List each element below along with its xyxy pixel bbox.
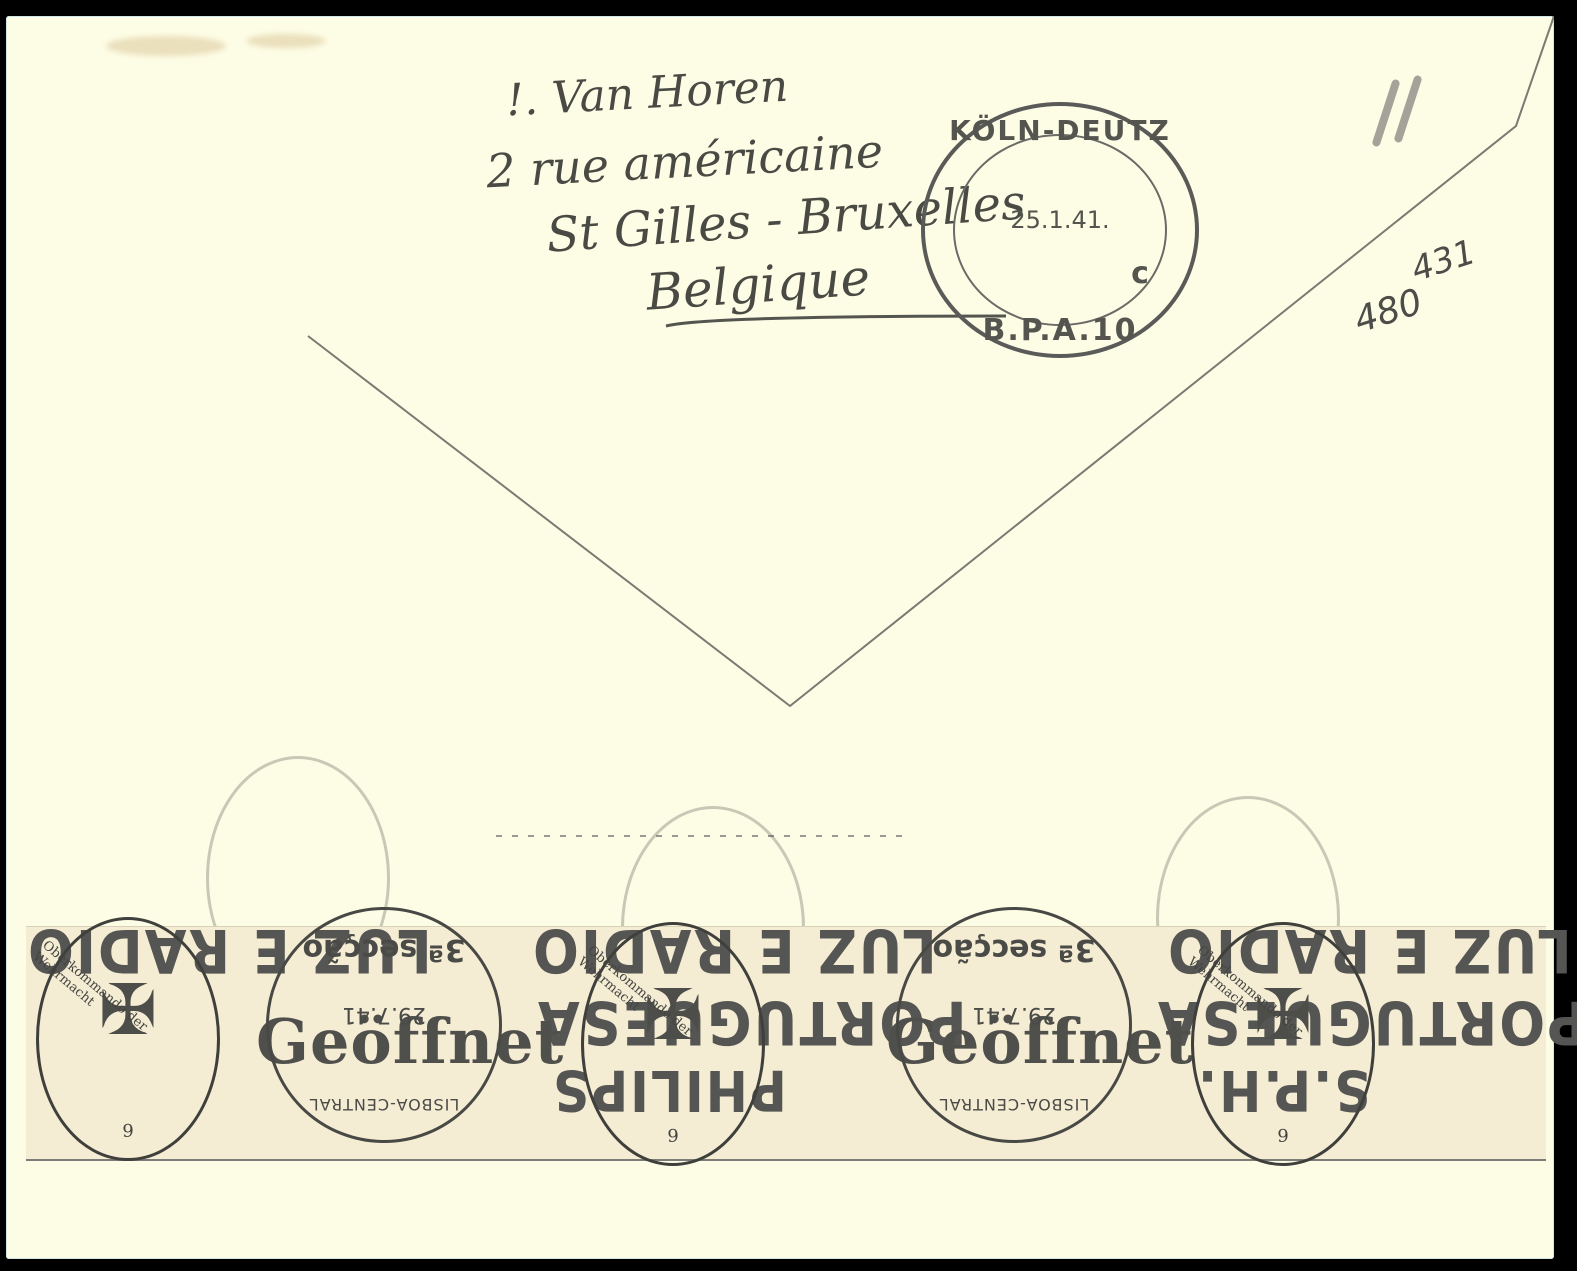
pencil-marks: [1378, 74, 1428, 154]
lisbon-postmark: 3ª secção 29.7.41 LISBOA-CENTRAL: [896, 907, 1132, 1143]
postmark-top-text: KÖLN-DEUTZ: [925, 114, 1195, 147]
censor-stamp: ✠ Oberkommando der Wehrmacht 6: [1191, 922, 1375, 1166]
censor-stamp: ✠ Oberkommando der Wehrmacht 6: [36, 917, 220, 1161]
postmark-bottom-text: B.P.A.10: [925, 313, 1195, 348]
censor-tape: LUZ E RADIO LUZ E RADIO PORTUGUESA PHILI…: [26, 926, 1546, 1161]
postmark-letter: c: [1005, 256, 1275, 291]
censor-stamp: ✠ Oberkommando der Wehrmacht 6: [581, 922, 765, 1166]
lisbon-postmark: 3ª secção 29.7.41 LISBOA-CENTRAL: [266, 907, 502, 1143]
postmark-koln-deutz: KÖLN-DEUTZ 25.1.41. B.P.A.10 c: [921, 102, 1199, 358]
envelope-back: !. Van Horen 2 rue américaine St Gilles …: [6, 16, 1554, 1259]
postmark-date: 25.1.41.: [925, 206, 1195, 234]
